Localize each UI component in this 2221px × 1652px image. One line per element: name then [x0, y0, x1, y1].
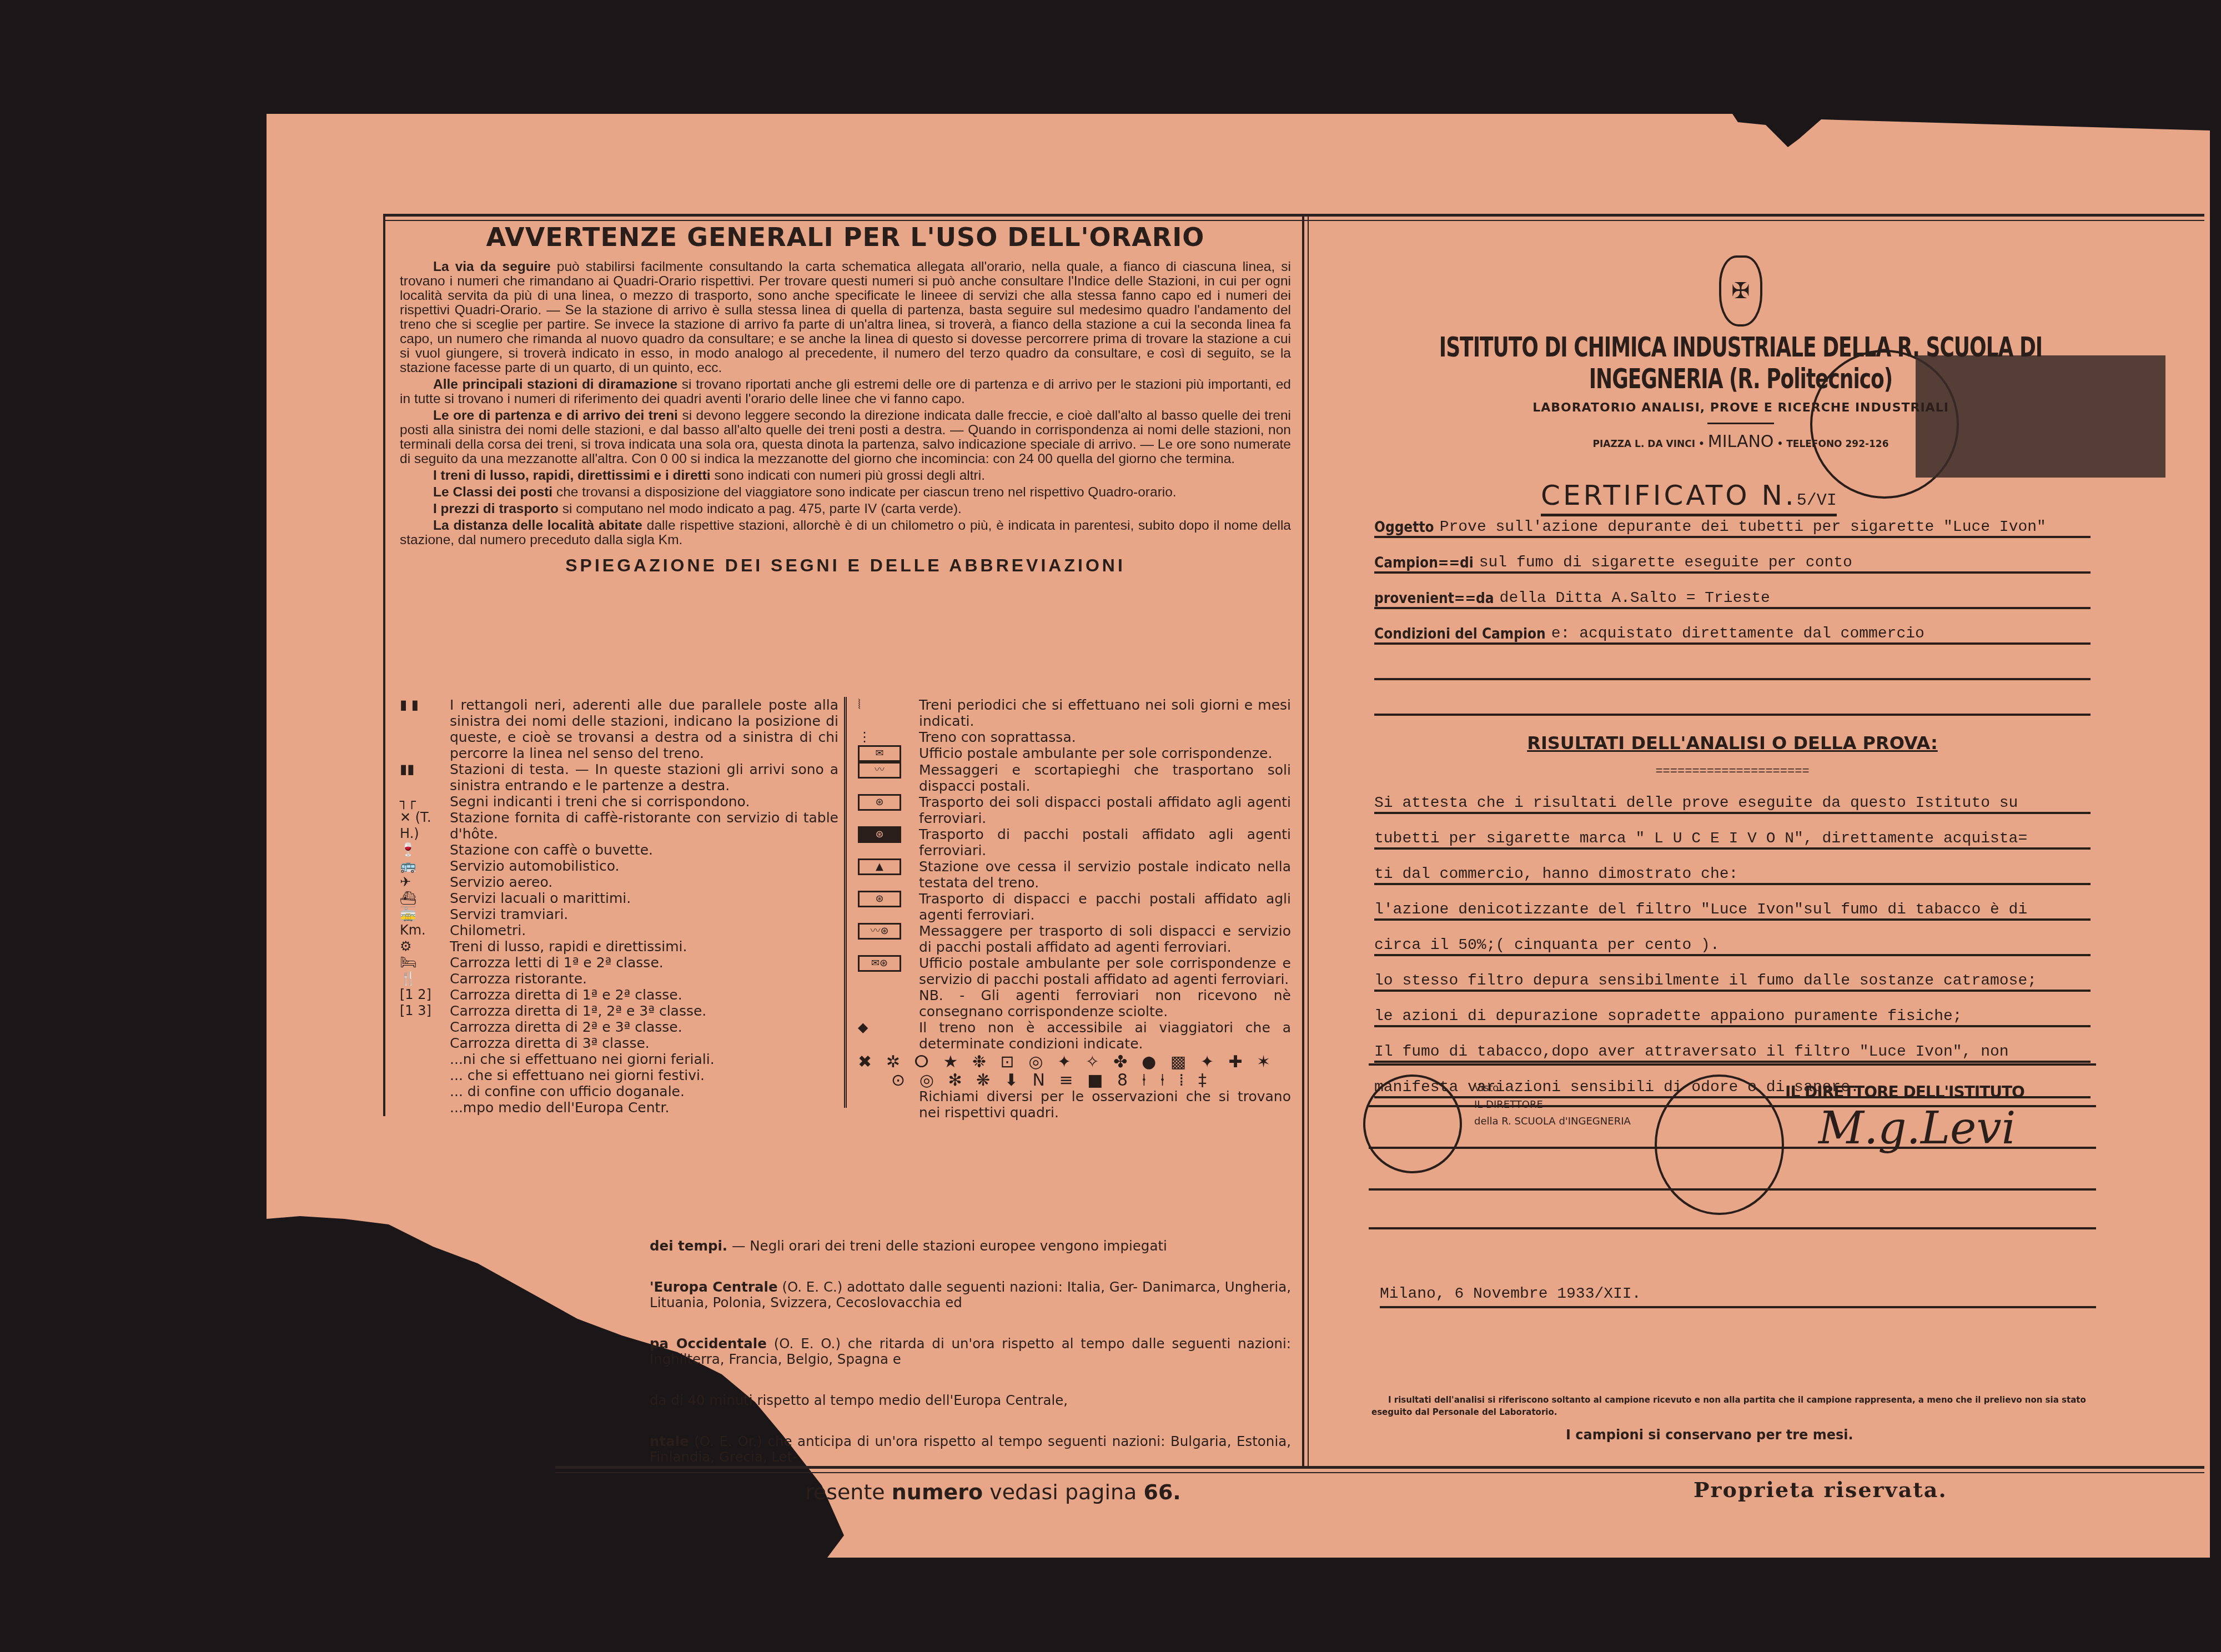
legend-symbol-icon: ✕ (T. H.)	[400, 810, 450, 842]
laboratory-name: LABORATORIO ANALISI, PROVE E RICERCHE IN…	[1371, 401, 2110, 415]
school-seal	[1363, 1074, 1462, 1173]
legend-text: Stazione ove cessa il servizio postale i…	[919, 858, 1291, 891]
paragraph: I treni di lusso, rapidi, direttissimi e…	[400, 469, 1291, 483]
results-title: RISULTATI DELL'ANALISI O DELLA PROVA:	[1374, 732, 2091, 754]
legend-symbol-icon: ✈	[400, 874, 450, 890]
legend-item: ✉Ufficio postale ambulante per sole corr…	[858, 745, 1291, 762]
disclaimer: I risultati dell'analisi si riferiscono …	[1371, 1394, 2104, 1418]
legend-symbol-icon: ⊛	[858, 826, 919, 843]
legend-item: ▮▮Stazioni di testa. — In queste stazion…	[400, 761, 838, 794]
paragraph: dei tempi. — Negli orari dei treni delle…	[650, 1238, 1291, 1254]
legend-symbol-icon: ▮ ▮	[400, 697, 450, 713]
legend-item: ... che si effettuano nei giorni festivi…	[400, 1067, 838, 1083]
legend-text: Trasporto di dispacci e pacchi postali a…	[919, 891, 1291, 923]
paragraph: 'Europa Centrale (O. E. C.) adottato dal…	[650, 1279, 1291, 1310]
legend-symbol-icon: ⚙	[400, 938, 450, 955]
legend-text: Servizi lacuali o marittimi.	[450, 890, 838, 906]
legend-item: NB. - Gli agenti ferroviari non ricevono…	[858, 987, 1291, 1020]
legend-text: Treni periodici che si effettuano nei so…	[919, 697, 1291, 729]
field-condizioni: Condizioni del Campione: acquistato dire…	[1374, 609, 2091, 645]
property-notice: Proprieta riservata.	[1694, 1477, 1947, 1502]
legend-text: Carrozza ristorante.	[450, 971, 838, 987]
legend-symbol-icon: ▲	[858, 858, 919, 875]
legend-symbol-icon: ✉	[858, 745, 919, 762]
issue-date: Milano, 6 Novembre 1933/XII.	[1380, 1286, 2096, 1308]
legend-symbol-icon: ⋮	[858, 729, 919, 745]
legend-item: Carrozza diretta di 3ª classe.	[400, 1035, 838, 1051]
certificate-form: OggettoProve sull'azione depurante dei t…	[1374, 503, 2091, 1098]
paragraph: Le ore di partenza e di arrivo dei treni…	[400, 409, 1291, 466]
legend-item: 🛏Carrozza letti di 1ª e 2ª classe.	[400, 955, 838, 971]
legend-item: ┐┌Segni indicanti i treni che si corrisp…	[400, 794, 838, 810]
center-divider	[1302, 217, 1309, 1469]
paragraph: Le Classi dei posti che trovansi a dispo…	[400, 485, 1291, 500]
legend-symbol-icon: ┐┌	[400, 794, 450, 810]
legend-item: ⋮Treno con soprattassa.	[858, 729, 1291, 745]
legend-text: Servizio aereo.	[450, 874, 838, 890]
legend-symbol-icon: ⛴	[400, 890, 450, 906]
legend-title: SPIEGAZIONE DEI SEGNI E DELLE ABBREVIAZI…	[400, 555, 1291, 576]
legend-symbol-icon: 🚋	[400, 906, 450, 922]
legend-text: Carrozza diretta di 3ª classe.	[450, 1035, 838, 1051]
legend-symbol-icon: 🚌	[400, 858, 450, 874]
legend-item: ✈Servizio aereo.	[400, 874, 838, 890]
legend-item: [1 2]Carrozza diretta di 1ª e 2ª classe.	[400, 987, 838, 1003]
legend-symbol-icon: ⊛	[858, 794, 919, 811]
legend-text: Carrozza diretta di 2ª e 3ª classe.	[450, 1019, 838, 1035]
legend-divider	[844, 697, 847, 1108]
legend-symbol-icon: ▮▮	[400, 761, 450, 777]
paragraph: La via da seguire può stabilirsi facilme…	[400, 260, 1291, 375]
legend-item: 〰Messaggeri e scortapieghi che trasporta…	[858, 762, 1291, 794]
legend-item: ... di confine con ufficio doganale.	[400, 1083, 838, 1099]
signature-block: Visto IL DIRETTORE della R. SCUOLA d'ING…	[1363, 1063, 2102, 1230]
rule	[1369, 1063, 2096, 1066]
address: PIAZZA L. DA VINCI • MILANO • TELEFONO 2…	[1371, 432, 2110, 451]
legend-item: ◆Il treno non è accessibile ai viaggiato…	[858, 1020, 1291, 1052]
timezone-section: dei tempi. — Negli orari dei treni delle…	[650, 1238, 1291, 1490]
divider	[1707, 423, 1774, 424]
legend-text: Messaggeri e scortapieghi che trasportan…	[919, 762, 1291, 794]
legend-symbol-icon: 〰⊛	[858, 923, 919, 940]
legend-text: ...ni che si effettuano nei giorni feria…	[450, 1051, 838, 1067]
results-line: Si attesta che i risultati delle prove e…	[1374, 779, 2091, 814]
reference-symbols: ✖ ✲ ⵔ ★ ❉ ⊡ ◎ ✦ ✧ ✤ ● ▩ ✦ ✚ ✶	[858, 1054, 1291, 1070]
legend-text: Chilometri.	[450, 922, 838, 938]
certificate-header: ✠ ISTITUTO DI CHIMICA INDUSTRIALE DELLA …	[1371, 255, 2110, 516]
results-line: le azioni di depurazione sopradette appa…	[1374, 992, 2091, 1027]
field-blank	[1374, 680, 2091, 716]
legend-symbol-icon: ⊛	[858, 891, 919, 907]
legend-text: Stazione con caffè o buvette.	[450, 842, 838, 858]
legend-symbol-icon: 🛏	[400, 955, 450, 971]
visto-block: Visto IL DIRETTORE della R. SCUOLA d'ING…	[1474, 1080, 1631, 1130]
results-line: tubetti per sigarette marca " L U C E I …	[1374, 814, 2091, 850]
legend-item: 🍷Stazione con caffè o buvette.	[400, 842, 838, 858]
legend-text: Treno con soprattassa.	[919, 729, 1291, 745]
legend-item: ⊛Trasporto di dispacci e pacchi postali …	[858, 891, 1291, 923]
rule	[1369, 1227, 2096, 1229]
field-oggetto: OggettoProve sull'azione depurante dei t…	[1374, 503, 2091, 538]
paragraph: da di 40 minuti rispetto al tempo medio …	[650, 1393, 1291, 1408]
legend-text: ... che si effettuano nei giorni festivi…	[450, 1067, 838, 1083]
paragraph: I prezzi di trasporto si computano nel m…	[400, 502, 1291, 516]
left-border-rule	[383, 217, 385, 1116]
legend-text: Carrozza letti di 1ª e 2ª classe.	[450, 955, 838, 971]
legend-item: ▮ ▮I rettangoli neri, aderenti alle due …	[400, 697, 838, 761]
legend-symbol-icon: 〰	[858, 762, 919, 779]
legend-text: Il treno non è accessibile ai viaggiator…	[919, 1020, 1291, 1052]
legend-left-column: ▮ ▮I rettangoli neri, aderenti alle due …	[400, 697, 838, 1116]
instructions-title: AVVERTENZE GENERALI PER L'USO DELL'ORARI…	[400, 222, 1291, 252]
symbols-caption: Richiami diversi per le osservazioni che…	[858, 1088, 1291, 1121]
legend-item: ...mpo medio dell'Europa Centr.	[400, 1099, 838, 1116]
legend-text: Treni di lusso, rapidi e direttissimi.	[450, 938, 838, 955]
legend-text: Trasporto dei soli dispacci postali affi…	[919, 794, 1291, 826]
institute-seal	[1655, 1074, 1784, 1215]
legend-text: Stazione fornita di caffè-ristorante con…	[450, 810, 838, 842]
legend-symbol-icon: ✉⊛	[858, 955, 919, 972]
legend-text: Ufficio postale ambulante per sole corri…	[919, 745, 1291, 761]
field-provenienza: provenient==dadella Ditta A.Salto = Trie…	[1374, 574, 2091, 609]
legend-item: ⦚Treni periodici che si effettuano nei s…	[858, 697, 1291, 729]
results-line: l'azione denicotizzante del filtro "Luce…	[1374, 885, 2091, 921]
results-line: lo stesso filtro depura sensibilmente il…	[1374, 956, 2091, 992]
legend-item: ⊛Trasporto dei soli dispacci postali aff…	[858, 794, 1291, 826]
paragraph: pa Occidentale (O. E. O.) che ritarda di…	[650, 1336, 1291, 1367]
legend-text: Servizi tramviari.	[450, 906, 838, 922]
legend-symbol-icon: ⦚	[858, 697, 919, 713]
legend-item: ✕ (T. H.)Stazione fornita di caffè-risto…	[400, 810, 838, 842]
legend-text: Messaggere per trasporto di soli dispacc…	[919, 923, 1291, 955]
legend-text: NB. - Gli agenti ferroviari non ricevono…	[919, 987, 1291, 1020]
legend-item: 🍴Carrozza ristorante.	[400, 971, 838, 987]
legend-text: Carrozza diretta di 1ª, 2ª e 3ª classe.	[450, 1003, 838, 1019]
legend-item: ✉⊛Ufficio postale ambulante per sole cor…	[858, 955, 1291, 987]
legend-item: ...ni che si effettuano nei giorni feria…	[400, 1051, 838, 1067]
legend-text: Stazioni di testa. — In queste stazioni …	[450, 761, 838, 794]
legend-symbol-icon: 🍷	[400, 842, 450, 858]
timetable-instructions: AVVERTENZE GENERALI PER L'USO DELL'ORARI…	[400, 222, 1291, 581]
legend-text: ... di confine con ufficio doganale.	[450, 1083, 838, 1099]
legend-text: Carrozza diretta di 1ª e 2ª classe.	[450, 987, 838, 1003]
legend-item: 🚋Servizi tramviari.	[400, 906, 838, 922]
director-signature: M.g.Levi	[1818, 1102, 2016, 1154]
legend-symbol-icon: Km.	[400, 922, 450, 938]
legend-item: Km.Chilometri.	[400, 922, 838, 938]
page-reference-footer: resente numero vedasi pagina 66.	[805, 1480, 1181, 1504]
legend-item: [1 3]Carrozza diretta di 1ª, 2ª e 3ª cla…	[400, 1003, 838, 1019]
legend-item: ⊛Trasporto di pacchi postali affidato ag…	[858, 826, 1291, 858]
legend-text: I rettangoli neri, aderenti alle due par…	[450, 697, 838, 761]
legend-symbol-icon: 🍴	[400, 971, 450, 987]
legend-right-column: ⦚Treni periodici che si effettuano nei s…	[858, 697, 1291, 1121]
legend-text: ...mpo medio dell'Europa Centr.	[450, 1099, 838, 1116]
top-border-rule	[383, 214, 2204, 221]
legend-text: Ufficio postale ambulante per sole corri…	[919, 955, 1291, 987]
results-line: circa il 50%;( cinquanta per cento ).	[1374, 921, 2091, 956]
legend-text: Segni indicanti i treni che si corrispon…	[450, 794, 838, 810]
legend-item: ▲Stazione ove cessa il servizio postale …	[858, 858, 1291, 891]
results-separator: =====================	[1374, 765, 2091, 779]
royal-emblem-icon: ✠	[1719, 255, 1762, 327]
samples-note: I campioni si conservano per tre mesi.	[1566, 1427, 1853, 1443]
paragraph: La distanza delle località abitate dalle…	[400, 519, 1291, 548]
legend-symbol-icon: [1 3]	[400, 1003, 450, 1019]
legend-item: 〰⊛Messaggere per trasporto di soli dispa…	[858, 923, 1291, 955]
reference-symbols: ⊙ ◎ ✻ ❋ ⬇ N ≡ ■ 8 ⍿ ⍿ ⁞ ‡	[858, 1072, 1291, 1088]
field-blank	[1374, 645, 2091, 680]
paragraph: ntale (O. E. Or.) che anticipa di un'ora…	[650, 1434, 1291, 1465]
legend-text: Trasporto di pacchi postali affidato agl…	[919, 826, 1291, 858]
legend-symbol-icon: ◆	[858, 1020, 919, 1036]
legend-symbol-icon: [1 2]	[400, 987, 450, 1003]
field-campione: Campion==disul fumo di sigarette eseguit…	[1374, 538, 2091, 574]
legend-item: 🚌Servizio automobilistico.	[400, 858, 838, 874]
director-title: IL DIRETTORE DELL'ISTITUTO	[1785, 1083, 2024, 1101]
legend-item: Carrozza diretta di 2ª e 3ª classe.	[400, 1019, 838, 1035]
results-line: Il fumo di tabacco,dopo aver attraversat…	[1374, 1027, 2091, 1063]
legend-item: ⚙Treni di lusso, rapidi e direttissimi.	[400, 938, 838, 955]
legend-text: Servizio automobilistico.	[450, 858, 838, 874]
results-line: ti dal commercio, hanno dimostrato che:	[1374, 850, 2091, 885]
legend-item: ⛴Servizi lacuali o marittimi.	[400, 890, 838, 906]
institute-name: ISTITUTO DI CHIMICA INDUSTRIALE DELLA R.…	[1371, 332, 2110, 395]
paragraph: Alle principali stazioni di diramazione …	[400, 378, 1291, 406]
